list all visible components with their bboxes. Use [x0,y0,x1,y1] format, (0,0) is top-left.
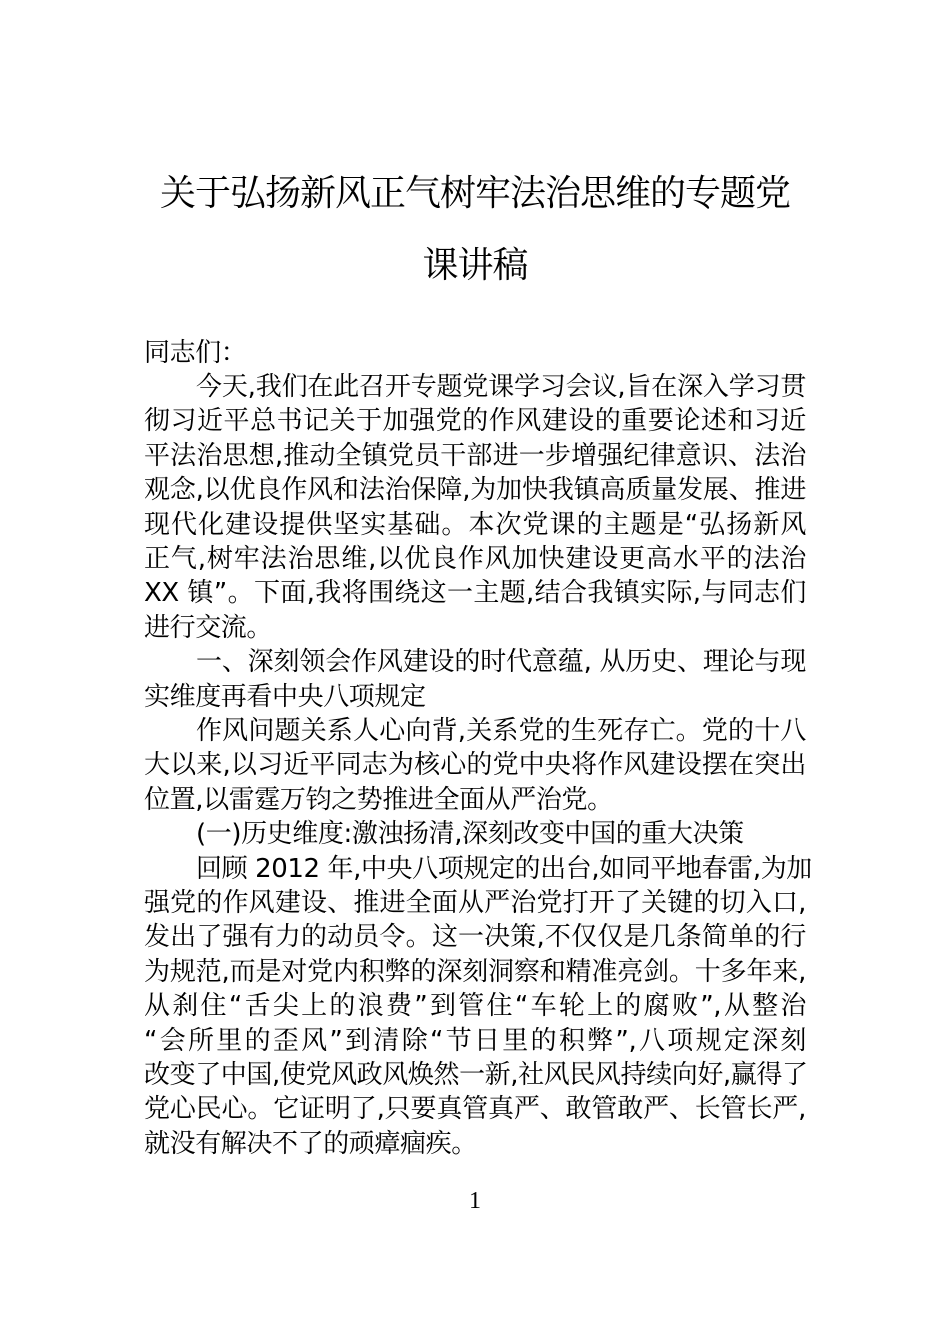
body-line: 平法治思想,推动全镇党员干部进一步增强纪律意识、法治 [144,439,806,473]
body-line: 大以来,以习近平同志为核心的党中央将作风建设摆在突出 [144,748,806,782]
page-number: 1 [0,1186,950,1216]
document-title-line-1: 关于弘扬新风正气树牢法治思维的专题党 [0,172,950,216]
body-line: (一)历史维度:激浊扬清,深刻改变中国的重大决策 [196,817,806,851]
body-line: 一、深刻领会作风建设的时代意蕴, 从历史、理论与现 [196,645,806,679]
body-line: 现代化建设提供坚实基础。本次党课的主题是“弘扬新风 [144,508,806,542]
body-line: 进行交流。 [144,611,806,645]
body-line: 位置,以雷霆万钧之势推进全面从严治党。 [144,783,806,817]
body-line: 就没有解决不了的顽瘴痼疾。 [144,1127,806,1161]
body-line: XX 镇”。下面,我将围绕这一主题,结合我镇实际,与同志们 [144,576,806,610]
body-line: 今天,我们在此召开专题党课学习会议,旨在深入学习贯 [196,370,806,404]
body-line: 实维度再看中央八项规定 [144,680,806,714]
body-line: 发出了强有力的动员令。这一决策,不仅仅是几条简单的行 [144,920,806,954]
salutation: 同志们： [144,336,806,370]
body-line: 从刹住“舌尖上的浪费”到管住“车轮上的腐败”,从整治 [144,989,806,1023]
body-line: 观念,以优良作风和法治保障,为加快我镇高质量发展、推进 [144,473,806,507]
document-title-line-2: 课讲稿 [0,244,950,288]
body-line: 正气,树牢法治思维,以优良作风加快建设更高水平的法治 [144,542,806,576]
body-line: 改变了中国,使党风政风焕然一新,社风民风持续向好,赢得了 [144,1058,806,1092]
body-line: 党心民心。它证明了,只要真管真严、敢管敢严、长管长严, [144,1092,806,1126]
body-line: 为规范,而是对党内积弊的深刻洞察和精准亮剑。十多年来, [144,955,806,989]
body-line: 作风问题关系人心向背,关系党的生死存亡。党的十八 [196,714,806,748]
document-page: 关于弘扬新风正气树牢法治思维的专题党 课讲稿 同志们： 今天,我们在此召开专题党… [0,0,950,1344]
body-line: 强党的作风建设、推进全面从严治党打开了关键的切入口, [144,886,806,920]
body-line: “会所里的歪风”到清除“节日里的积弊”,八项规定深刻 [144,1024,806,1058]
body-line: 彻习近平总书记关于加强党的作风建设的重要论述和习近 [144,404,806,438]
body-line: 回顾 2012 年,中央八项规定的出台,如同平地春雷,为加 [196,852,806,886]
